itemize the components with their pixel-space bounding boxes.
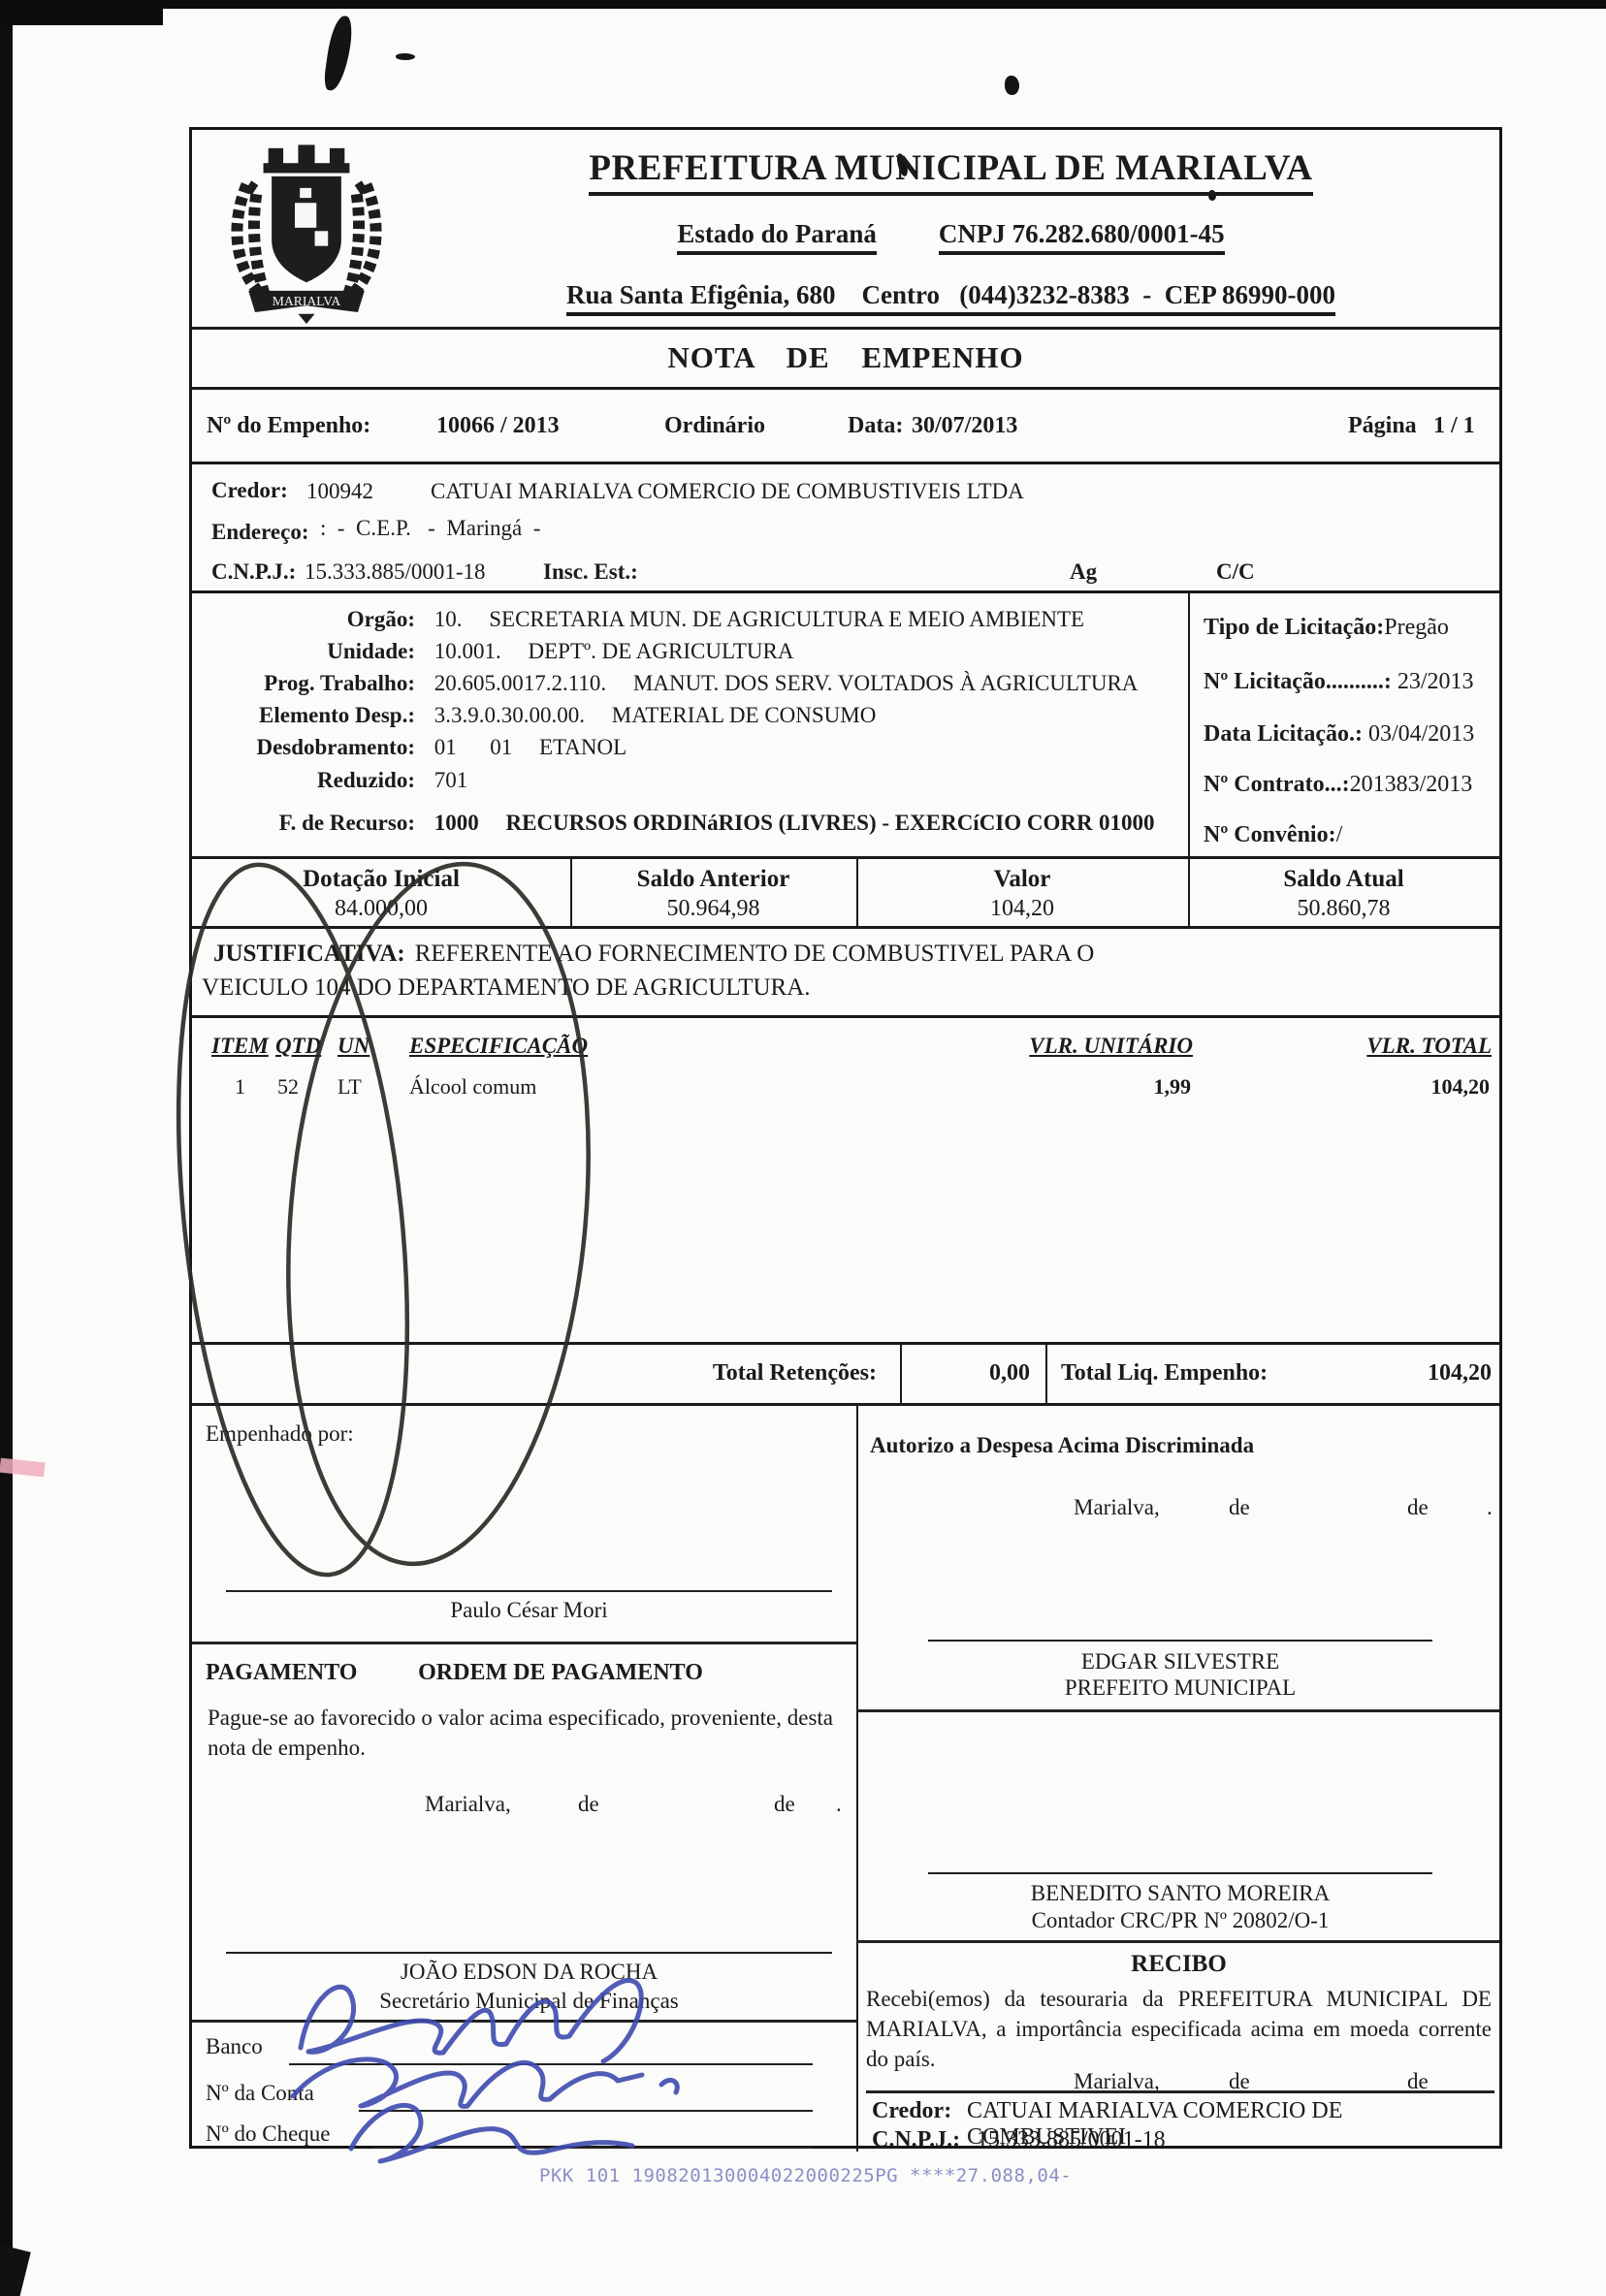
- saldo-atual-cell: Saldo Atual 50.860,78: [1188, 859, 1499, 929]
- licitacao-tipo-value: Pregão: [1384, 615, 1449, 640]
- item-qtd: 52: [277, 1074, 299, 1100]
- unidade-code: 10.001.: [434, 639, 501, 663]
- licitacao-numero-value: 23/2013: [1392, 669, 1474, 694]
- creditor-cnpj-value: 15.333.885/0001-18: [305, 559, 486, 585]
- budget-row-orgao: Orgão: 10. SECRETARIA MUN. DE AGRICULTUR…: [192, 607, 1084, 632]
- recibo-title: RECIBO: [858, 1951, 1499, 1978]
- budget-row-desdobramento: Desdobramento: 01 01 ETANOL: [192, 735, 626, 760]
- items-table: ITEM QTD UN ESPECIFICAÇÃO VLR. UNITÁRIO …: [192, 1018, 1499, 1345]
- empenho-type: Ordinário: [664, 413, 765, 439]
- state-label: Estado do Paraná: [677, 219, 877, 255]
- saldo-anterior-label: Saldo Anterior: [570, 866, 856, 893]
- dotacao-inicial-label: Dotação Inicial: [192, 866, 570, 893]
- licitacao-data-value: 03/04/2013: [1363, 721, 1474, 747]
- elemento-code: 3.3.9.0.30.00.00.: [434, 703, 585, 727]
- pagamento-title: PAGAMENTO: [206, 1660, 357, 1686]
- recurso-label: F. de Recurso:: [192, 811, 415, 836]
- empenho-number-row: Nº do Empenho: 10066 / 2013 Ordinário Da…: [192, 390, 1499, 464]
- orgao-label: Orgão:: [192, 607, 415, 632]
- item-vlr-unitario: 1,99: [1154, 1074, 1192, 1100]
- autorizo-de1: de: [1229, 1495, 1250, 1520]
- licitacao-tipo: Tipo de Licitação:Pregão: [1204, 615, 1449, 641]
- budget-row-recurso: F. de Recurso: 1000 RECURSOS ORDINáRIOS …: [192, 811, 1093, 836]
- accountant-name: BENEDITO SANTO MOREIRA: [928, 1881, 1432, 1906]
- recibo-credor-border: [866, 2090, 1494, 2093]
- ink-dot: [1005, 76, 1019, 95]
- elemento-desc: MATERIAL DE CONSUMO: [612, 703, 877, 727]
- autorizo-city: Marialva,: [1074, 1495, 1160, 1520]
- signatures-section: Empenhado por: Paulo César Mori PAGAMENT…: [192, 1406, 1499, 2152]
- signer-joao-name: JOÃO EDSON DA ROCHA: [226, 1960, 832, 1985]
- document-header: MARIALVA PREFEITURA MUNICIPAL DE MARIALV…: [192, 130, 1499, 330]
- justification-label: JUSTIFICATIVA:: [213, 941, 405, 967]
- agency-label: Ag: [1070, 559, 1097, 585]
- signature-line-mayor: [928, 1640, 1432, 1642]
- scan-edge-top: [0, 0, 1606, 9]
- desdobramento-desc: ETANOL: [539, 735, 626, 759]
- recibo-box-border: [856, 1940, 1499, 1943]
- convenio-value: /: [1336, 822, 1343, 847]
- unidade-label: Unidade:: [192, 639, 415, 664]
- saldo-anterior-cell: Saldo Anterior 50.964,98: [570, 859, 856, 929]
- mayor-box-border: [856, 1709, 1499, 1712]
- licitacao-numero: Nº Licitação..........: 23/2013: [1204, 669, 1474, 695]
- conta-label: Nº da Conta: [206, 2081, 314, 2106]
- reduzido-label: Reduzido:: [192, 768, 415, 793]
- item-number: 1: [235, 1074, 245, 1100]
- creditor-code: 100942: [306, 479, 373, 504]
- item-espec: Álcool comum: [409, 1074, 536, 1100]
- cheque-line: [372, 2147, 813, 2149]
- item-vlr-total: 104,20: [1431, 1074, 1491, 1100]
- autorizo-title: Autorizo a Despesa Acima Discriminada: [870, 1433, 1254, 1458]
- page-label: Página: [1348, 413, 1417, 439]
- total-retencoes-label: Total Retenções:: [192, 1360, 877, 1387]
- signature-line-finance: [226, 1952, 832, 1954]
- state-registration-label: Insc. Est.:: [543, 559, 638, 585]
- col-header-vlr-total: VLR. TOTAL: [1366, 1034, 1492, 1059]
- unidade-desc: DEPTº. DE AGRICULTURA: [529, 639, 794, 663]
- valor-label: Valor: [856, 866, 1188, 893]
- pagamento-top-border: [192, 1642, 856, 1644]
- total-liq-label: Total Liq. Empenho:: [1061, 1360, 1268, 1387]
- recibo-cnpj-label: C.N.P.J.:: [872, 2127, 960, 2153]
- document-banner: NOTA DE EMPENHO: [192, 330, 1499, 390]
- budget-row-prog-trabalho: Prog. Trabalho: 20.605.0017.2.110. MANUT…: [192, 671, 1138, 696]
- pagamento-city: Marialva,: [425, 1792, 511, 1817]
- org-title: PREFEITURA MUNICIPAL DE MARIALVA: [589, 147, 1312, 196]
- creditor-label: Credor:: [211, 478, 288, 503]
- elemento-label: Elemento Desp.:: [192, 703, 415, 728]
- org-cnpj: CNPJ 76.282.680/0001-45: [939, 219, 1225, 255]
- col-header-item: ITEM: [211, 1034, 269, 1059]
- ink-blot: [323, 15, 355, 92]
- payment-column: Empenhado por: Paulo César Mori PAGAMENT…: [192, 1406, 856, 2152]
- recibo-text: Recebi(emos) da tesouraria da PREFEITURA…: [866, 1984, 1492, 2074]
- autorizo-dot: .: [1487, 1495, 1493, 1520]
- mayor-role: PREFEITO MUNICIPAL: [928, 1675, 1432, 1701]
- justification-paragraph: JUSTIFICATIVA:REFERENTE AO FORNECIMENTO …: [202, 937, 1186, 1004]
- pagamento-de2: de: [774, 1792, 795, 1817]
- ordem-pagamento-text: Pague-se ao favorecido o valor acima esp…: [208, 1703, 843, 1763]
- licitacao-data: Data Licitação.: 03/04/2013: [1204, 721, 1474, 748]
- recibo-credor-label: Credor:: [872, 2098, 951, 2124]
- document-type-title: NOTA DE EMPENHO: [667, 340, 1023, 374]
- licitacao-tipo-label: Tipo de Licitação:: [1204, 615, 1384, 640]
- budget-row-unidade: Unidade: 10.001. DEPTº. DE AGRICULTURA: [192, 639, 794, 664]
- account-label: C/C: [1216, 559, 1255, 585]
- creditor-name: CATUAI MARIALVA COMERCIO DE COMBUSTIVEIS…: [431, 479, 1024, 504]
- contrato-value: 201383/2013: [1350, 772, 1473, 797]
- licitacao-numero-label: Nº Licitação..........:: [1204, 669, 1392, 694]
- col-header-vlr-unitario: VLR. UNITÁRIO: [1029, 1034, 1193, 1059]
- totals-bar: Total Retenções: 0,00 Total Liq. Empenho…: [192, 1345, 1499, 1406]
- prog-trabalho-code: 20.605.0017.2.110.: [434, 671, 606, 695]
- reduzido-code: 701: [434, 768, 468, 792]
- saldo-atual-value: 50.860,78: [1188, 896, 1499, 922]
- creditor-address-value: : - C.E.P. - Maringá -: [320, 516, 540, 541]
- contrato-label: Nº Contrato...:: [1204, 772, 1350, 797]
- scan-edge-corner: [0, 0, 163, 25]
- creditor-address-label: Endereço:: [211, 520, 309, 545]
- org-address-row: Rua Santa Efigênia, 680 Centro (044)3232…: [415, 280, 1487, 316]
- pagamento-de1: de: [578, 1792, 599, 1817]
- budget-row-elemento: Elemento Desp.: 3.3.9.0.30.00.00. MATERI…: [192, 703, 876, 728]
- creditor-cnpj-label: C.N.P.J.:: [211, 559, 296, 585]
- total-liq-value: 104,20: [1428, 1360, 1492, 1387]
- empenho-number-value: 10066 / 2013: [436, 413, 560, 439]
- licitacao-data-label: Data Licitação.:: [1204, 721, 1363, 747]
- valor-cell: Valor 104,20: [856, 859, 1188, 929]
- saldo-anterior-value: 50.964,98: [570, 896, 856, 922]
- item-un: LT: [337, 1074, 362, 1100]
- conta-line: [359, 2110, 813, 2112]
- empenho-date-label: Data:: [848, 413, 903, 439]
- total-retencoes-value: 0,00: [900, 1360, 1030, 1387]
- signature-line-accountant: [928, 1872, 1432, 1874]
- banco-label: Banco: [206, 2034, 263, 2059]
- col-header-espec: ESPECIFICAÇÃO: [409, 1034, 588, 1059]
- prog-trabalho-label: Prog. Trabalho:: [192, 671, 415, 696]
- scanned-page: MARIALVA PREFEITURA MUNICIPAL DE MARIALV…: [0, 0, 1606, 2296]
- recurso-desc: RECURSOS ORDINáRIOS (LIVRES) - EXERCíCIO…: [506, 811, 1093, 835]
- scan-edge-bottom: [0, 2245, 31, 2296]
- convenio: Nº Convênio:/: [1204, 822, 1342, 848]
- totals-divider-2: [1045, 1345, 1047, 1406]
- orgao-code: 10.: [434, 607, 463, 631]
- recurso-extra-code: 01000: [1099, 811, 1155, 836]
- autorizo-de2: de: [1407, 1495, 1429, 1520]
- banco-line: [289, 2063, 813, 2065]
- recibo-cnpj-value: 15.333.885/0001-18: [977, 2127, 1166, 2153]
- contrato: Nº Contrato...:201383/2013: [1204, 772, 1472, 798]
- budget-row-reduzido: Reduzido: 701: [192, 768, 467, 793]
- col-header-un: UN: [337, 1034, 369, 1059]
- machine-stamp-line: PKK 101 190820130004022000225PG ****27.0…: [539, 2165, 1072, 2186]
- scan-edge-left: [0, 0, 13, 2296]
- dotacao-inicial-cell: Dotação Inicial 84.000,00: [192, 859, 570, 929]
- ink-dash: [396, 53, 415, 60]
- pagamento-dot: .: [836, 1792, 842, 1817]
- mayor-name: EDGAR SILVESTRE: [928, 1648, 1432, 1675]
- bank-box-border: [192, 2020, 856, 2023]
- org-address: Rua Santa Efigênia, 680 Centro (044)3232…: [566, 280, 1335, 316]
- recurso-code: 1000: [434, 811, 479, 835]
- org-subtitle-row: Estado do Paraná CNPJ 76.282.680/0001-45: [415, 219, 1487, 255]
- authorization-column: Autorizo a Despesa Acima Discriminada Ma…: [858, 1406, 1499, 2152]
- page-value: 1 / 1: [1433, 413, 1475, 439]
- signature-line-empenhado: [226, 1590, 832, 1592]
- municipal-coat-of-arms-icon: MARIALVA: [223, 142, 390, 324]
- prog-trabalho-desc: MANUT. DOS SERV. VOLTADOS À AGRICULTURA: [633, 671, 1139, 695]
- logo-banner-text: MARIALVA: [273, 294, 341, 308]
- nota-de-empenho-document: MARIALVA PREFEITURA MUNICIPAL DE MARIALV…: [189, 127, 1502, 2149]
- cheque-label: Nº do Cheque: [206, 2121, 331, 2147]
- desdobramento-code: 01 01: [434, 735, 513, 759]
- dotacao-inicial-value: 84.000,00: [192, 896, 570, 922]
- signer-paulo-name: Paulo César Mori: [226, 1598, 832, 1623]
- accountant-role: Contador CRC/PR Nº 20802/O-1: [928, 1908, 1432, 1933]
- creditor-box: Credor: 100942 CATUAI MARIALVA COMERCIO …: [192, 464, 1499, 593]
- saldo-atual-label: Saldo Atual: [1188, 866, 1499, 893]
- justification-box: JUSTIFICATIVA:REFERENTE AO FORNECIMENTO …: [192, 929, 1499, 1018]
- empenho-number-label: Nº do Empenho:: [207, 413, 370, 439]
- balances-row: Dotação Inicial 84.000,00 Saldo Anterior…: [192, 859, 1499, 929]
- empenho-date-value: 30/07/2013: [912, 413, 1017, 439]
- valor-value: 104,20: [856, 896, 1188, 922]
- orgao-desc: SECRETARIA MUN. DE AGRICULTURA E MEIO AM…: [489, 607, 1084, 631]
- empenhado-por-label: Empenhado por:: [206, 1421, 354, 1447]
- col-header-qtd: QTD: [275, 1034, 321, 1059]
- budget-divider: [1188, 593, 1190, 859]
- org-title-wrap: PREFEITURA MUNICIPAL DE MARIALVA: [415, 147, 1487, 196]
- convenio-label: Nº Convênio:: [1204, 822, 1336, 847]
- signer-joao-role: Secretário Municipal de Finanças: [226, 1989, 832, 2014]
- desdobramento-label: Desdobramento:: [192, 735, 415, 760]
- ordem-pagamento-title: ORDEM DE PAGAMENTO: [357, 1660, 764, 1686]
- budget-box: Orgão: 10. SECRETARIA MUN. DE AGRICULTUR…: [192, 593, 1499, 859]
